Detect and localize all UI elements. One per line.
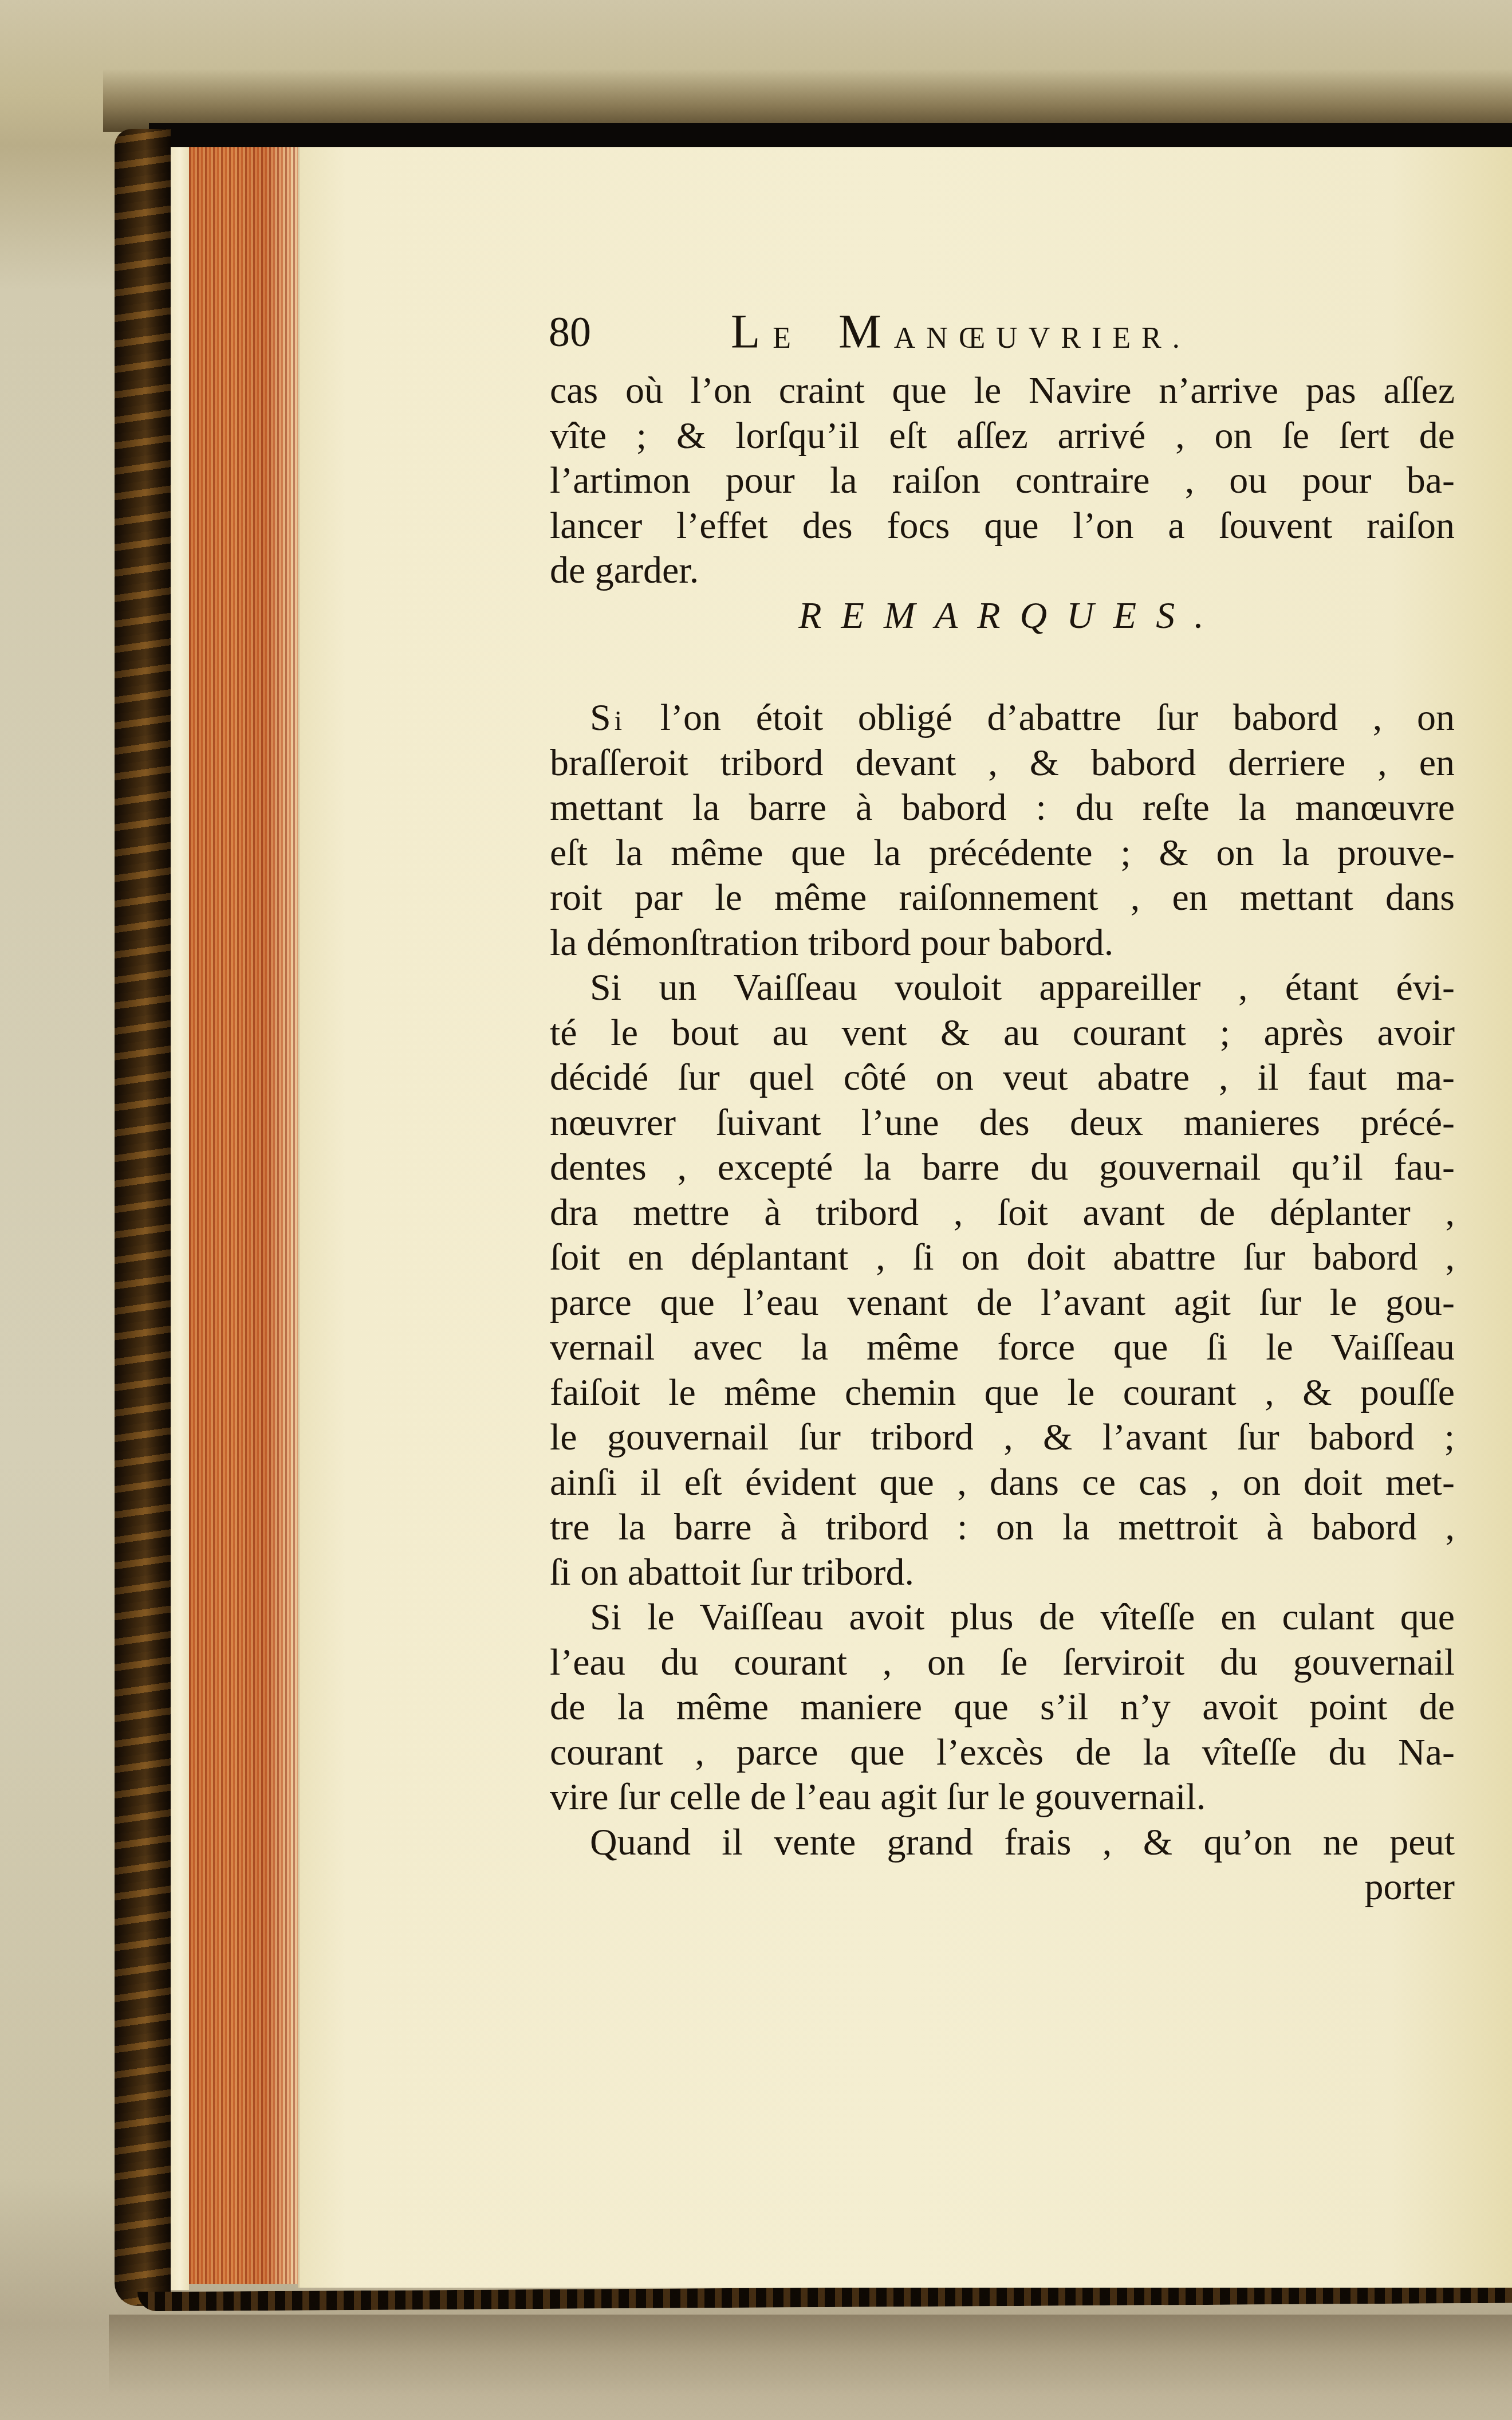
catchword: porter (550, 1865, 1455, 1910)
page-gutter-line (298, 147, 300, 2288)
section-heading-remarques: REMARQUES. (550, 594, 1455, 639)
continuation-paragraph: cas où l’on craint que le Navire n’arriv… (550, 368, 1455, 594)
text-line: ſoit en déplantant , ſi on doit abattre … (550, 1235, 1455, 1280)
text-line: de la même maniere que s’il n’y avoit po… (550, 1685, 1455, 1730)
cover-top-edge (149, 123, 1512, 148)
running-head: 80 Le Manœuvrier. (549, 307, 1465, 358)
text-line: té le bout au vent & au courant ; après … (550, 1011, 1455, 1056)
text-line: braſſeroit tribord devant , & babord der… (550, 741, 1455, 786)
text-line: nœuvrer ſuivant l’une des deux manieres … (550, 1101, 1455, 1146)
top-shadow (103, 69, 1512, 132)
paragraph-2: Si un Vaiſſeau vouloit appareiller , éta… (550, 965, 1455, 1595)
text-line: dentes , excepté la barre du gouvernail … (550, 1145, 1455, 1191)
paragraph-3: Si le Vaiſſeau avoit plus de vîteſſe en … (550, 1595, 1455, 1820)
text-line: de garder. (550, 548, 1455, 594)
text-line: vire ſur celle de l’eau agit ſur le gouv… (550, 1775, 1455, 1820)
lead-word: Si (590, 697, 625, 738)
text-line: ainſi il eſt évident que , dans ce cas ,… (550, 1460, 1455, 1506)
body-text: cas où l’on craint que le Navire n’arriv… (550, 368, 1455, 1910)
line-rest: l’on étoit obligé d’abattre ſur babord ,… (625, 697, 1455, 738)
text-line: faiſoit le même chemin que le courant , … (550, 1370, 1455, 1416)
red-page-edges (189, 147, 298, 2284)
paragraph-4: Quand il vente grand frais , & qu’on ne … (550, 1820, 1455, 1865)
leather-cover-left (115, 129, 171, 2306)
text-line: Si le Vaiſſeau avoit plus de vîteſſe en … (550, 1595, 1455, 1640)
text-line: Quand il vente grand frais , & qu’on ne … (550, 1820, 1455, 1865)
text-line: Si un Vaiſſeau vouloit appareiller , éta… (550, 965, 1455, 1011)
text-line: lancer l’effet des focs que l’on a ſouve… (550, 504, 1455, 549)
text-line: le gouvernail ſur tribord , & l’avant ſu… (550, 1415, 1455, 1460)
bottom-shadow (109, 2315, 1512, 2395)
text-line: courant , parce que l’excès de la vîteſſ… (550, 1730, 1455, 1775)
text-line: l’artimon pour la raiſon contraire , ou … (550, 458, 1455, 504)
text-line: eſt la même que la précédente ; & on la … (550, 831, 1455, 876)
title-initial-m: M (838, 305, 894, 359)
text-line: vernail avec la même force que ſi le Vai… (550, 1325, 1455, 1370)
paragraph-1: Si l’on étoit obligé d’abattre ſur babor… (550, 696, 1455, 965)
text-line: la démonſtration tribord pour babord. (550, 921, 1455, 966)
text-line: cas où l’on craint que le Navire n’arriv… (550, 368, 1455, 414)
text-line: tre la barre à tribord : on la mettroit … (550, 1505, 1455, 1550)
text-line: dra mettre à tribord , ſoit avant de dép… (550, 1191, 1455, 1236)
page-number: 80 (549, 307, 591, 358)
title-initial-l: L (731, 305, 773, 359)
title-rest-anoeuvrier: anœuvrier. (894, 322, 1191, 355)
running-title: Le Manœuvrier. (731, 307, 1191, 364)
lead-small: i (615, 706, 625, 736)
text-line: mettant la barre à babord : du reſte la … (550, 785, 1455, 831)
text-line: vîte ; & lorſqu’il eſt aſſez arrivé , on… (550, 414, 1455, 459)
text-line: parce que l’eau venant de l’avant agit ſ… (550, 1280, 1455, 1326)
lead-cap: S (590, 697, 615, 738)
text-line: Si l’on étoit obligé d’abattre ſur babor… (550, 696, 1455, 741)
text-line: décidé ſur quel côté on veut abatre , il… (550, 1055, 1455, 1101)
text-line: roit par le même raiſonnement , en metta… (550, 875, 1455, 921)
text-line: l’eau du courant , on ſe ſerviroit du go… (550, 1640, 1455, 1686)
pastedown-strip (171, 147, 189, 2290)
text-line: ſi on abattoit ſur tribord. (550, 1550, 1455, 1596)
title-rest-e: e (773, 322, 802, 355)
